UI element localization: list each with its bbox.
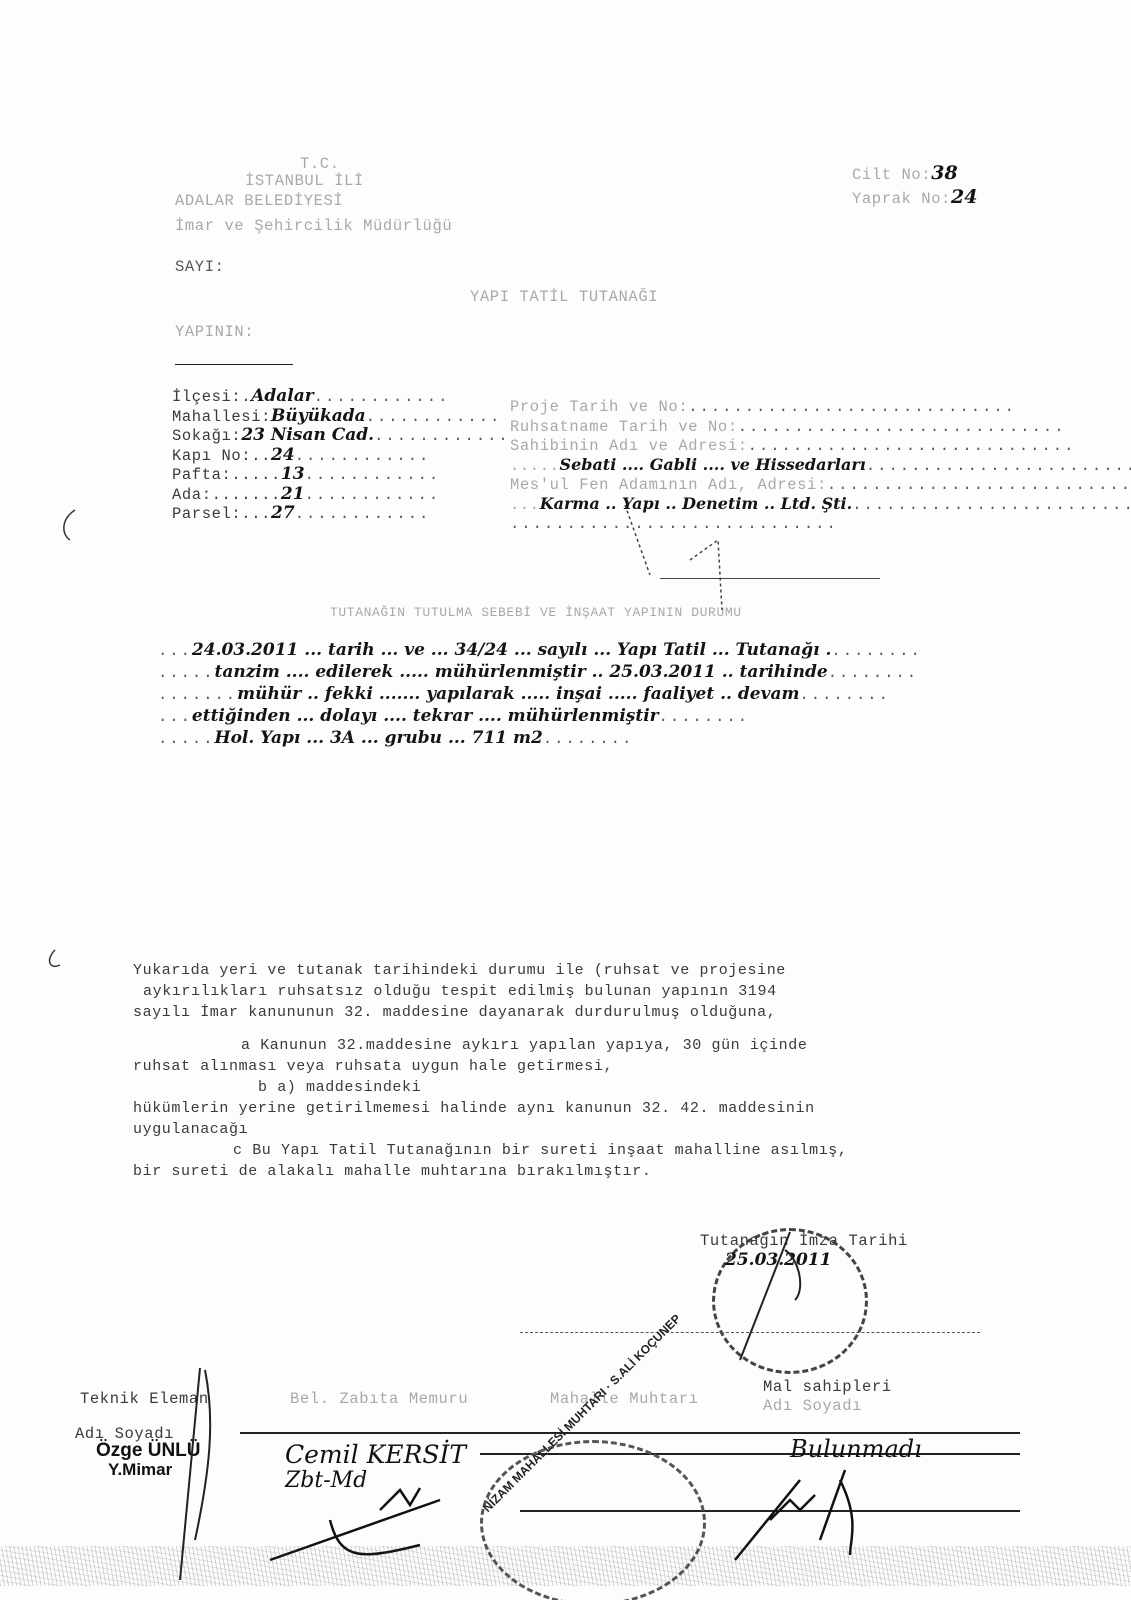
- signature-scribbles: [0, 0, 1131, 1600]
- scan-noise: [0, 1546, 1131, 1586]
